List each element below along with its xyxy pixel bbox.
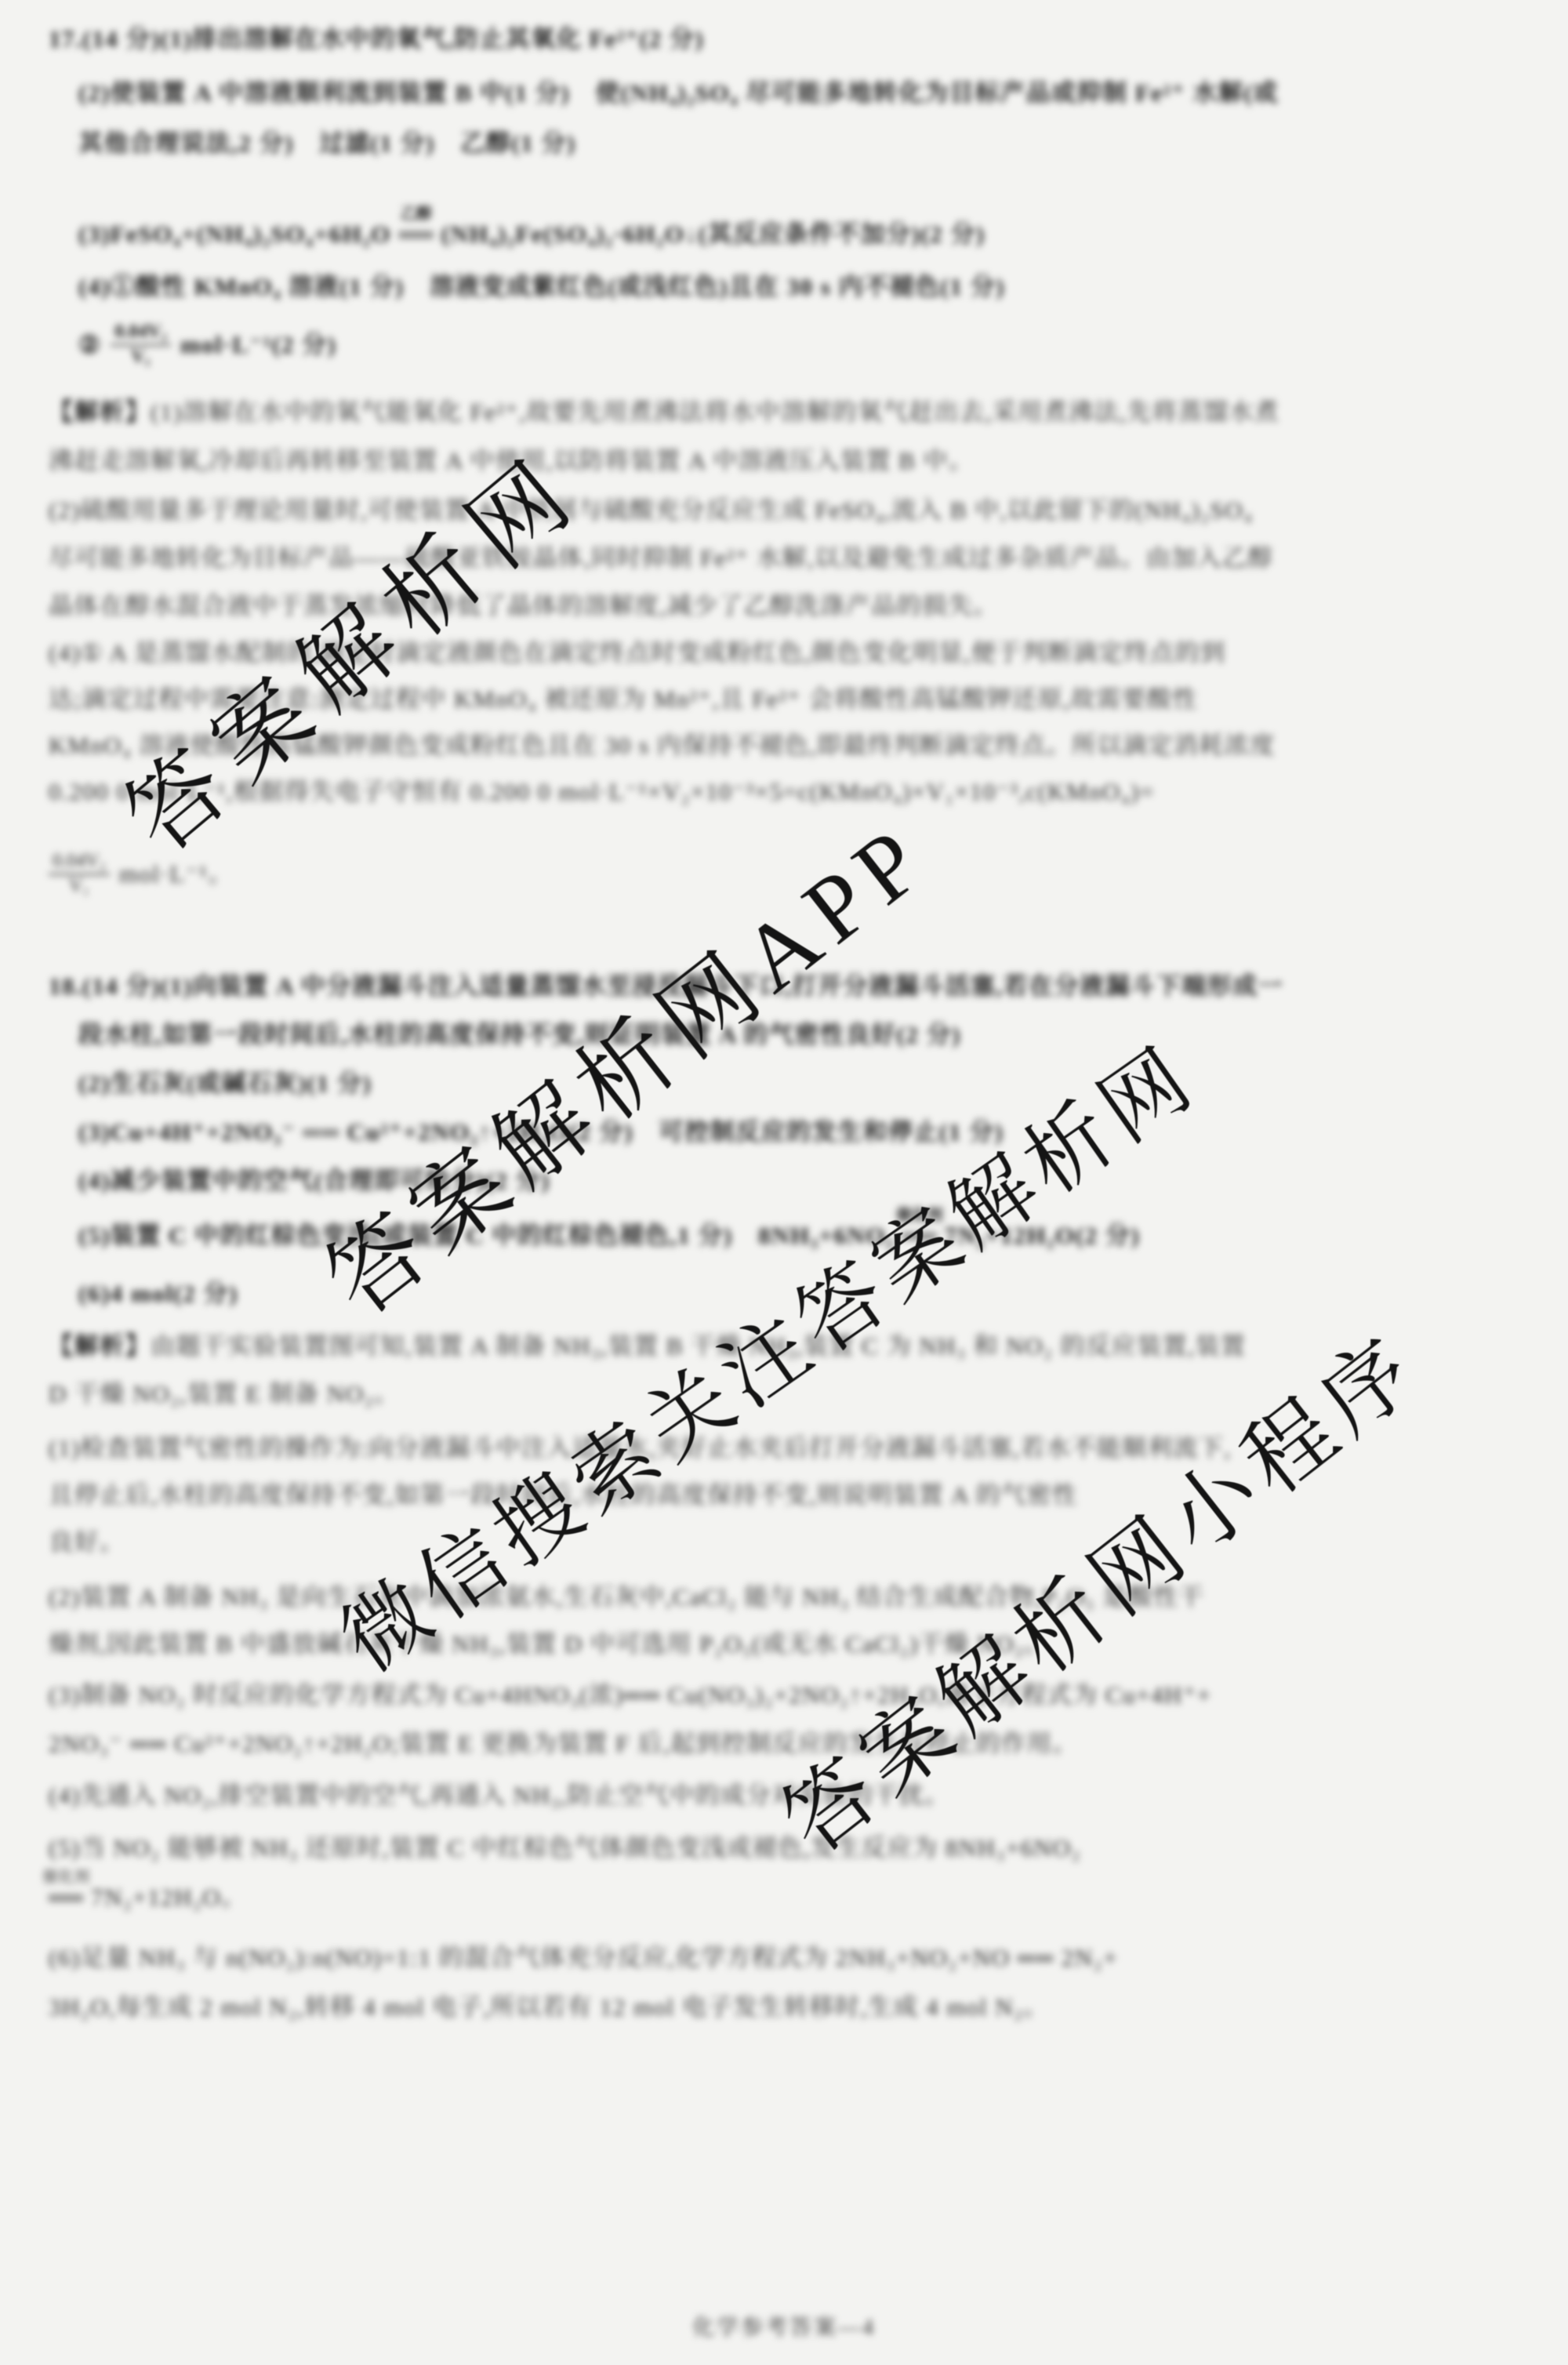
q17-analysis-line-1: 【解析】(1)溶解在水中的氧气能氧化 Fe²⁺,故要先用煮沸法将水中溶解的氧气赶…	[49, 397, 1279, 428]
q17-analysis-result-fraction: 0.04V₂V₁ mol·L⁻¹。	[49, 851, 234, 897]
condition-label: 乙醇	[401, 198, 432, 230]
q18-answer-line-3: (2)生石灰(或碱石灰)(1 分)	[78, 1068, 372, 1099]
q18-analysis-line-13: (6)足量 NH₃ 与 n(NO₂):n(NO)=1:1 的混合气体充分反应,化…	[49, 1942, 1118, 1974]
scanned-answer-page: { "page": { "background": "#f3f3f1", "in…	[0, 0, 1568, 2365]
q18-answer-line-7: (6)4 mol(2 分)	[78, 1278, 238, 1310]
q17-answer-line-3: 其他合理说法,2 分) 过滤(1 分) 乙醇(1 分)	[78, 128, 576, 159]
analysis-prefix: 【解析】	[49, 1332, 151, 1360]
q18-analysis-line-1: 【解析】由题干实验装置图可知,装置 A 制备 NH₃,装置 B 干燥 NH₃,装…	[49, 1331, 1246, 1362]
q17-answer-line-2: (2)使装置 A 中溶液顺利流到装置 B 中(1 分) 使(NH₄)₂SO₄ 尽…	[78, 78, 1279, 109]
fraction-numerator: 0.04V₂	[111, 322, 171, 346]
q18-analysis-line-12-equation: 催化剂══7N₂+12H₂O。	[49, 1882, 247, 1913]
q17-answer-line-5: (4)①酸性 KMnO₄ 溶液(1 分) 溶液变成紫红色(或浅红色)且在 30 …	[78, 271, 1005, 303]
unit-text: mol·L⁻¹(2 分)	[180, 329, 337, 361]
fraction-numerator: 0.04V₂	[49, 851, 110, 875]
equation-lhs: (3)FeSO₄+(NH₄)₂SO₄+6H₂O	[78, 220, 391, 248]
q17-analysis-line-5: 晶体在醇水混合液中于蒸发浓缩时降低了晶体的溶解度,减少了乙醇洗涤产品的损失。	[49, 590, 999, 622]
analysis-text: (1)溶解在水中的氧气能氧化 Fe²⁺,故要先用煮沸法将水中溶解的氧气赶出去,采…	[151, 398, 1279, 426]
q18-analysis-line-7: 燥剂,因此装置 B 中盛放碱石灰干燥 NH₃,装置 D 中可选用 P₂O₅(或无…	[49, 1629, 1050, 1660]
analysis-prefix: 【解析】	[49, 398, 151, 426]
q18-analysis-line-14: 3H₂O,每生成 2 mol N₂,转移 4 mol 电子,所以若有 12 mo…	[49, 1992, 1049, 2023]
fraction: 0.04V₂V₁	[49, 851, 110, 897]
page-footer-label: 化学参考答案—4	[0, 2310, 1568, 2341]
item-mark: ②	[78, 329, 101, 361]
q17-answer-line-1: 17.(14 分)(1)排出溶解在水中的氧气,防止其氧化 Fe²⁺(2 分)	[49, 24, 704, 55]
equation-rhs: (NH₄)₂Fe(SO₄)₂·6H₂O↓(其反应条件不加分)(2 分)	[441, 220, 985, 248]
q17-analysis-line-3: (2)硫酸用量多于理论用量时,可使装置 A 中铁屑与硫酸充分反应生成 FeSO₄…	[49, 495, 1253, 526]
q18-analysis-line-5: 良好。	[49, 1527, 125, 1558]
q17-answer-line-4-equation: (3)FeSO₄+(NH₄)₂SO₄+6H₂O乙醇══(NH₄)₂Fe(SO₄)…	[78, 219, 985, 250]
q17-analysis-line-4: 尽可能多地转化为目标产品——硫酸亚铁铵晶体,同时抑制 Fe²⁺ 水解,以及避免生…	[49, 543, 1273, 574]
q18-answer-line-2: 段水柱,如第一段时间后,水柱的高度保持不变,则证明装置 A 的气密性良好(2 分…	[78, 1019, 961, 1051]
q18-analysis-line-2: D 干燥 NO₂,装置 E 制备 NO₂。	[49, 1379, 400, 1410]
equation-rhs: 7N₂+12H₂O。	[91, 1884, 247, 1911]
q17-answer-line-6-fraction: ② 0.04V₂V₁ mol·L⁻¹(2 分)	[78, 322, 336, 368]
equation-condition-sign: 乙醇══	[399, 219, 434, 250]
q18-analysis-line-11: (5)当 NO₂ 能够被 NH₃ 还原时,装置 C 中红棕色气体颜色变浅或褪色,…	[49, 1833, 1081, 1864]
condition-label: 催化剂	[42, 1862, 89, 1893]
fraction-denominator: V₁	[49, 875, 110, 898]
equation-condition-sign: 催化剂══	[49, 1882, 83, 1913]
fraction-denominator: V₁	[111, 346, 171, 369]
blurred-document-text: 17.(14 分)(1)排出溶解在水中的氧气,防止其氧化 Fe²⁺(2 分) (…	[0, 0, 1568, 2365]
fraction: 0.04V₂V₁	[111, 322, 171, 368]
